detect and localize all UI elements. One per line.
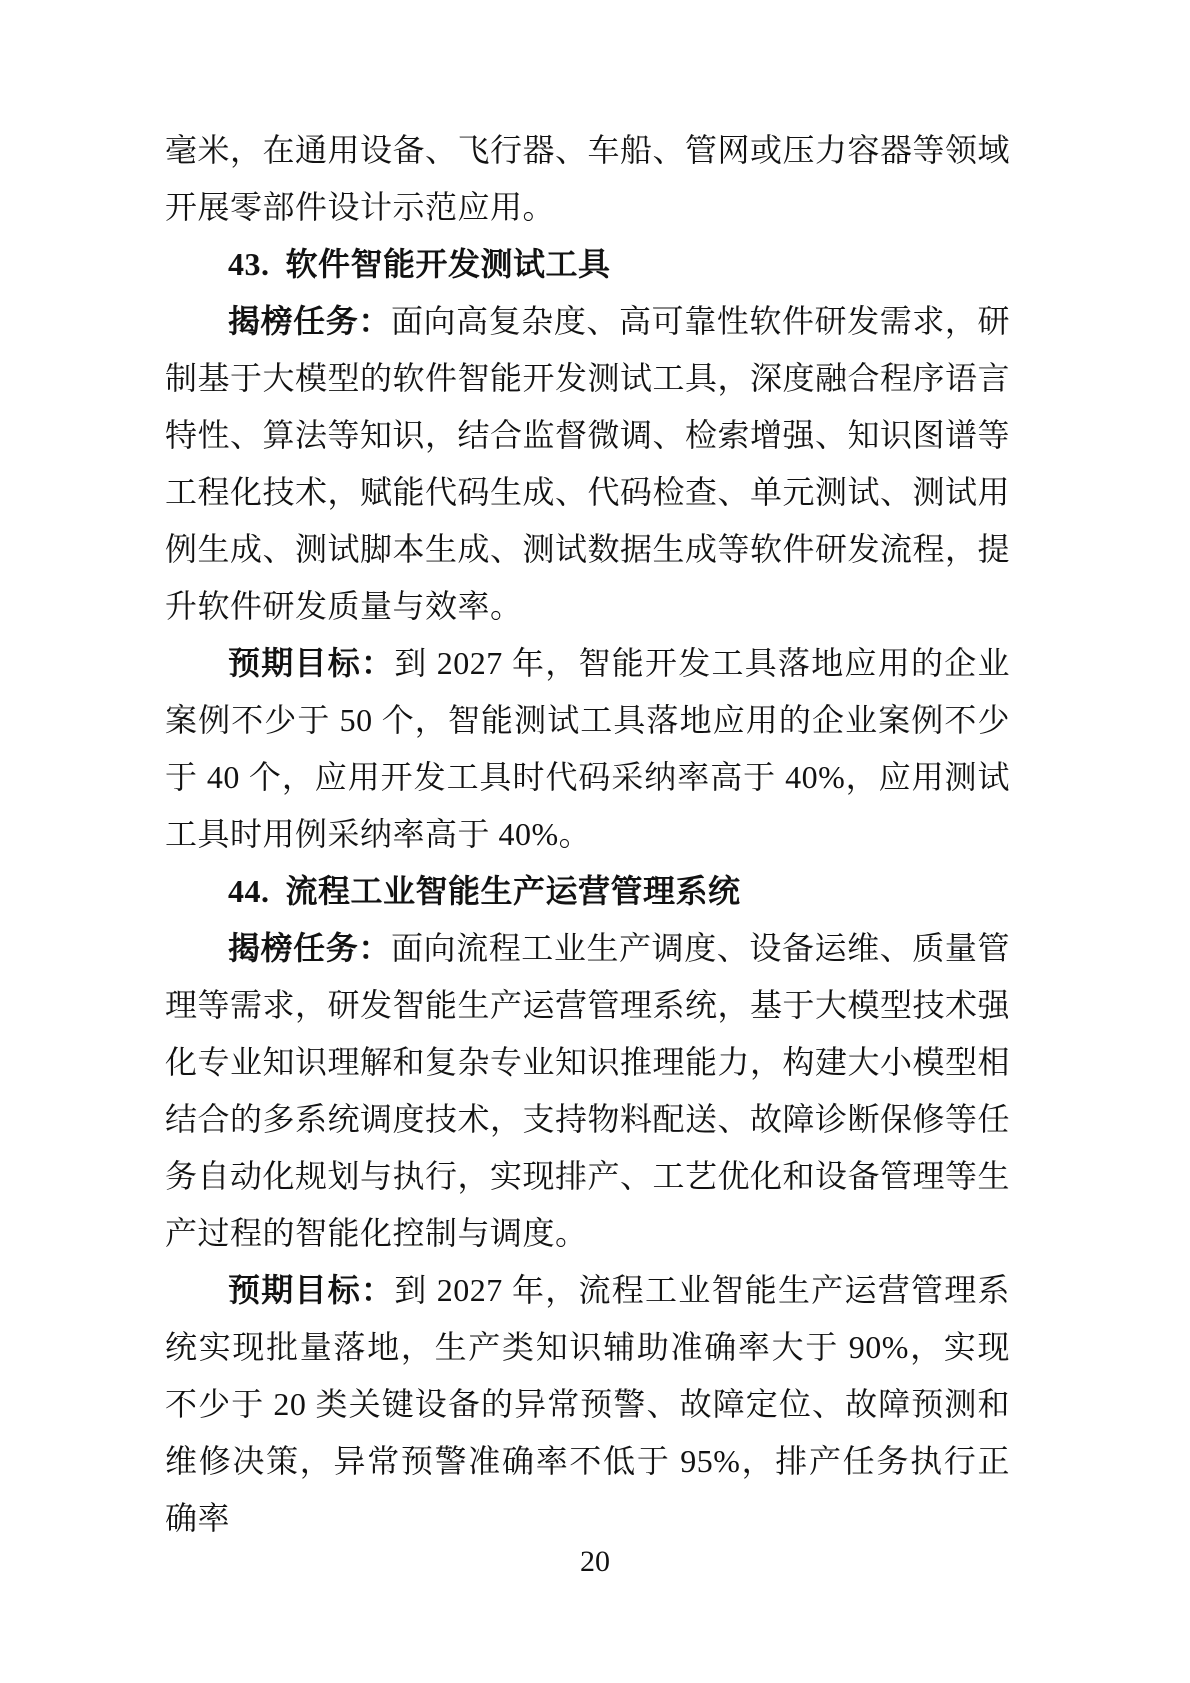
paragraph-goal-44: 预期目标：到 2027 年，流程工业智能生产运营管理系统实现批量落地，生产类知识… — [165, 1262, 1010, 1547]
section-heading-44: 44.流程工业智能生产运营管理系统 — [165, 863, 1010, 920]
paragraph-goal-43: 预期目标：到 2027 年，智能开发工具落地应用的企业案例不少于 50 个，智能… — [165, 635, 1010, 863]
page-number: 20 — [0, 1544, 1190, 1580]
paragraph-task-44: 揭榜任务：面向流程工业生产调度、设备运维、质量管理等需求，研发智能生产运营管理系… — [165, 920, 1010, 1262]
section-title: 软件智能开发测试工具 — [286, 246, 611, 282]
paragraph-task-43: 揭榜任务：面向高复杂度、高可靠性软件研发需求，研制基于大模型的软件智能开发测试工… — [165, 293, 1010, 635]
paragraph-text: 到 2027 年，流程工业智能生产运营管理系统实现批量落地，生产类知识辅助准确率… — [165, 1272, 1010, 1536]
paragraph-text: 面向流程工业生产调度、设备运维、质量管理等需求，研发智能生产运营管理系统，基于大… — [165, 930, 1010, 1251]
page-content: 毫米，在通用设备、飞行器、车船、管网或压力容器等领域开展零部件设计示范应用。 4… — [165, 122, 1010, 1547]
section-title: 流程工业智能生产运营管理系统 — [286, 873, 741, 909]
section-number: 43. — [228, 246, 270, 282]
paragraph-label: 预期目标： — [228, 1272, 394, 1308]
paragraph-label: 揭榜任务： — [228, 303, 391, 339]
document-page: 毫米，在通用设备、飞行器、车船、管网或压力容器等领域开展零部件设计示范应用。 4… — [0, 0, 1190, 1683]
paragraph-text: 毫米，在通用设备、飞行器、车船、管网或压力容器等领域开展零部件设计示范应用。 — [165, 132, 1010, 225]
paragraph-label: 揭榜任务： — [228, 930, 391, 966]
paragraph-text: 面向高复杂度、高可靠性软件研发需求，研制基于大模型的软件智能开发测试工具，深度融… — [165, 303, 1010, 624]
section-heading-43: 43.软件智能开发测试工具 — [165, 236, 1010, 293]
section-number: 44. — [228, 873, 270, 909]
paragraph-label: 预期目标： — [228, 645, 394, 681]
paragraph-continuation: 毫米，在通用设备、飞行器、车船、管网或压力容器等领域开展零部件设计示范应用。 — [165, 122, 1010, 236]
